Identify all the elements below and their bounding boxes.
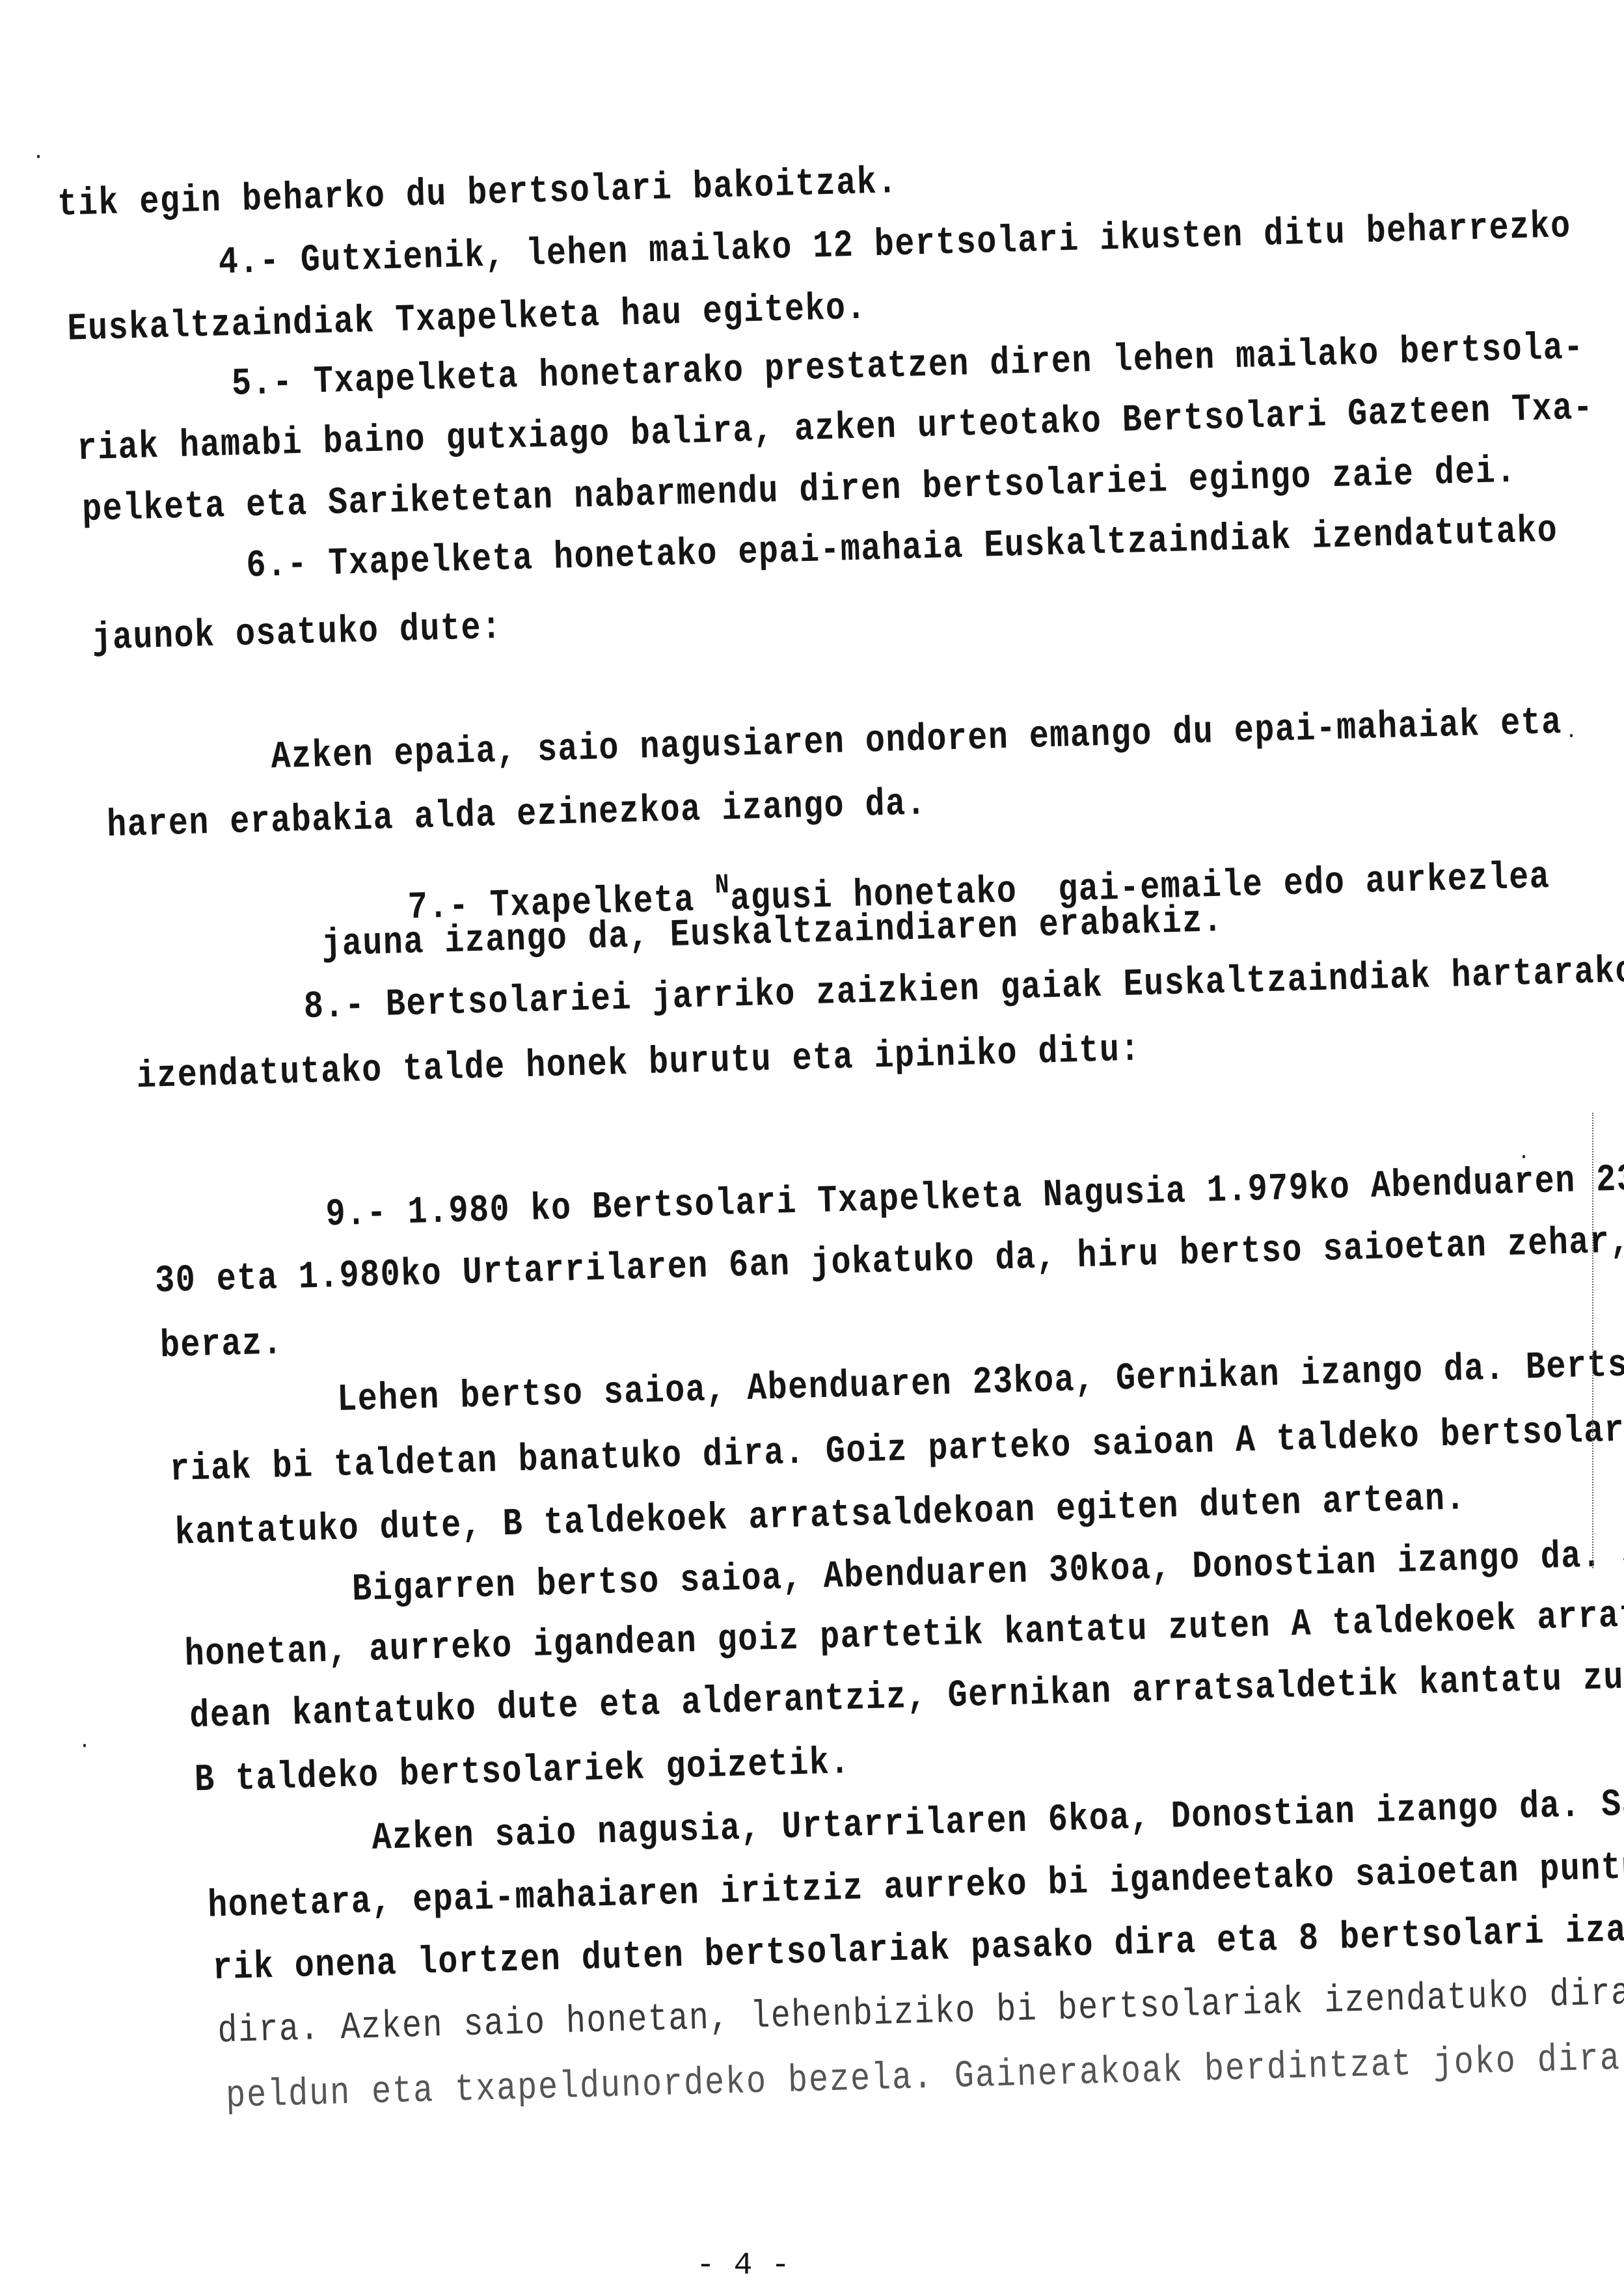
document-page: tik egin beharko du bertsolari bakoitzak… [0,0,1624,2282]
text-line: jaunok osatuko dute: [92,606,503,660]
scan-speck [1570,734,1573,737]
scan-speck [83,1744,86,1747]
scan-speck [1522,1155,1525,1158]
final-session-line: Azken saio nagusia, Urtarrilaren 6koa, D… [372,1782,1624,1861]
first-session-line: Lehen bertso saioa, Abenduaren 23koa, Ge… [336,1342,1624,1422]
scan-edge-mark [1592,1113,1595,1568]
text-line: Euskaltzaindiak Txapelketa hau egiteko. [67,286,867,351]
verdict-line: Azken epaia, saio nagusiaren ondoren ema… [271,701,1563,780]
text-line: izendatutako talde honek burutu eta ipin… [136,1028,1141,1099]
text-line: peldun eta txapeldunordeko bezela. Gaine… [225,2037,1624,2119]
text-line: beraz. [159,1322,284,1368]
superscript-letter: N [714,869,730,901]
text-line: B taldeko bertsolariek goizetik. [194,1741,851,1803]
scan-speck [37,155,40,158]
text-line: tik egin beharko du bertsolari bakoitzak… [57,161,899,227]
page-number: - 4 - [696,2248,790,2282]
